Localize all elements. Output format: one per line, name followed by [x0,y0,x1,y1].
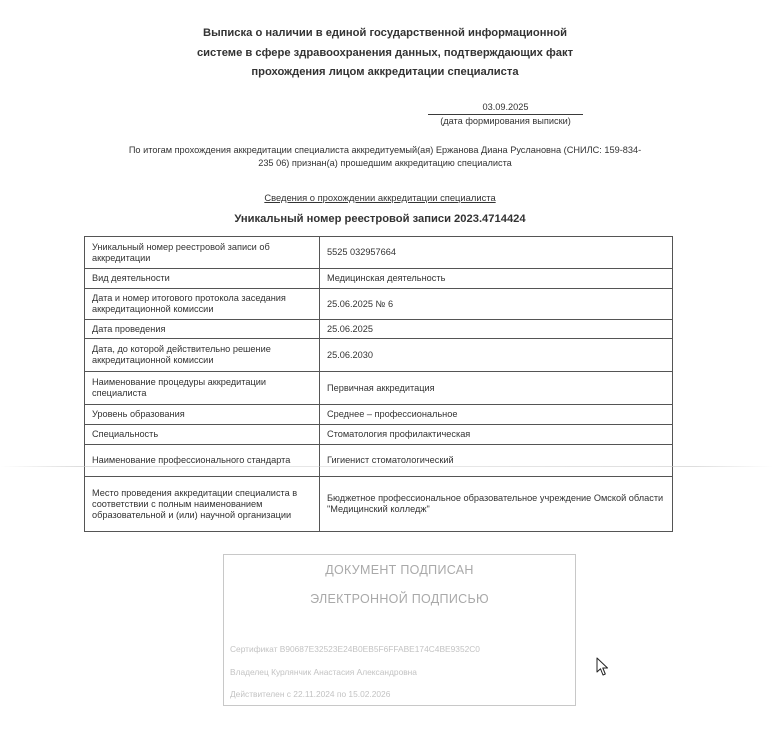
row-value: 25.06.2025 № 6 [320,289,673,320]
section-title-text: Сведения о прохождении аккредитации спец… [264,192,495,203]
formation-date-caption: (дата формирования выписки) [428,115,583,127]
table-row: Уникальный номер реестровой записи об ак… [85,237,673,269]
row-label: Вид деятельности [85,269,320,289]
table-row: Наименование профессионального стандарта… [85,445,673,477]
row-label: Дата проведения [85,320,320,339]
table-row: Дата проведения 25.06.2025 [85,320,673,339]
row-value: Медицинская деятельность [320,269,673,289]
title-line: прохождения лицом аккредитации специалис… [150,63,620,83]
table-row: Наименование процедуры аккредитации спец… [85,372,673,405]
row-label: Специальность [85,425,320,445]
formation-date-block: 03.09.2025 (дата формирования выписки) [428,101,583,127]
row-value: Стоматология профилактическая [320,425,673,445]
row-label: Место проведения аккредитации специалист… [85,477,320,532]
row-label: Дата, до которой действительно решение а… [85,339,320,372]
title-line: системе в сфере здравоохранения данных, … [150,44,620,64]
row-value: 25.06.2030 [320,339,673,372]
title-line: Выписка о наличии в единой государственн… [150,24,620,44]
row-label: Дата и номер итогового протокола заседан… [85,289,320,320]
row-value: 25.06.2025 [320,320,673,339]
formation-date: 03.09.2025 [428,101,583,115]
row-label: Уровень образования [85,405,320,425]
stamp-certificate: Сертификат B90687E32523E24B0EB5F6FFABE17… [230,644,480,654]
table-row: Специальность Стоматология профилактичес… [85,425,673,445]
document-title: Выписка о наличии в единой государственн… [150,24,620,83]
section-title: Сведения о прохождении аккредитации спец… [180,192,580,203]
stamp-title-line2: ЭЛЕКТРОННОЙ ПОДПИСЬЮ [224,592,575,606]
row-label: Уникальный номер реестровой записи об ак… [85,237,320,269]
row-value: Гигиенист стоматологический [320,445,673,477]
table-row: Уровень образования Среднее – профессион… [85,405,673,425]
scan-artifact-line [0,466,773,467]
row-value: 5525 032957664 [320,237,673,269]
electronic-signature-stamp: ДОКУМЕНТ ПОДПИСАН ЭЛЕКТРОННОЙ ПОДПИСЬЮ С… [223,554,576,706]
table-row: Дата и номер итогового протокола заседан… [85,289,673,320]
intro-paragraph: По итогам прохождения аккредитации специ… [90,144,680,170]
stamp-owner: Владелец Курлянчик Анастасия Александров… [230,667,417,677]
table-row: Место проведения аккредитации специалист… [85,477,673,532]
registry-heading: Уникальный номер реестровой записи 2023.… [180,213,580,225]
row-label: Наименование процедуры аккредитации спец… [85,372,320,405]
table-row: Вид деятельности Медицинская деятельност… [85,269,673,289]
intro-line: 235 06) признан(а) прошедшим аккредитаци… [90,157,680,170]
accreditation-table: Уникальный номер реестровой записи об ак… [84,236,673,532]
stamp-validity: Действителен с 22.11.2024 по 15.02.2026 [230,689,390,699]
row-value: Первичная аккредитация [320,372,673,405]
row-value: Бюджетное профессиональное образовательн… [320,477,673,532]
mouse-pointer-icon [596,657,610,677]
table-row: Дата, до которой действительно решение а… [85,339,673,372]
row-label: Наименование профессионального стандарта [85,445,320,477]
stamp-title-line1: ДОКУМЕНТ ПОДПИСАН [224,563,575,577]
row-value: Среднее – профессиональное [320,405,673,425]
intro-line: По итогам прохождения аккредитации специ… [90,144,680,157]
